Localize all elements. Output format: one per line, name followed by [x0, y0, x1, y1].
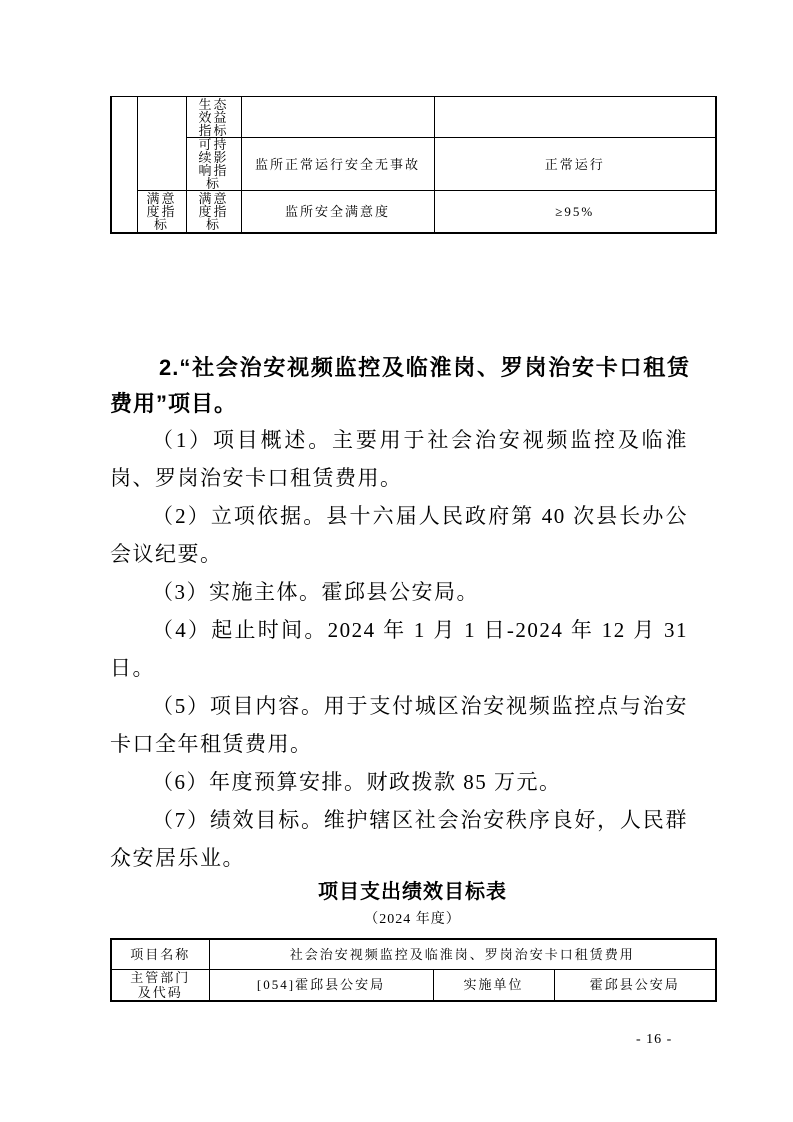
- cell-indicator-sustainability: 监所正常运行安全无事故: [241, 138, 434, 191]
- cell-category-ecological: 生态 效益 指标: [186, 97, 241, 138]
- paragraph-overview: （1）项目概述。主要用于社会治安视频监控及临淮岗、罗岗治安卡口租赁费用。: [110, 421, 688, 497]
- cell-target-sustainability: 正常运行: [434, 138, 716, 191]
- target-table-title: 项目支出绩效目标表: [110, 879, 715, 905]
- cell-indicator-satisfaction: 监所安全满意度: [241, 191, 434, 233]
- cell-target-satisfaction: ≥95%: [434, 191, 716, 233]
- section-heading: 2.“社会治安视频监控及临淮岗、罗岗治安卡口租赁费用”项目。: [110, 350, 690, 422]
- cell-impl-unit-label: 实施单位: [433, 969, 554, 1001]
- cell-category-satisfaction: 满意 度指 标: [186, 191, 241, 233]
- section-body: （1）项目概述。主要用于社会治安视频监控及临淮岗、罗岗治安卡口租赁费用。 （2）…: [110, 421, 688, 877]
- cell-project-name-label: 项目名称: [111, 939, 209, 969]
- cell-dept-label: 主管部门 及代码: [111, 969, 209, 1001]
- paragraph-basis: （2）立项依据。县十六届人民政府第 40 次县长办公会议纪要。: [110, 497, 688, 573]
- cell-group-spanner: [137, 97, 186, 191]
- project-target-table: 项目名称 社会治安视频监控及临淮岗、罗岗治安卡口租赁费用 主管部门 及代码 [0…: [110, 938, 717, 1002]
- paragraph-content: （5）项目内容。用于支付城区治安视频监控点与治安卡口全年租赁费用。: [110, 687, 688, 763]
- cell-target-ecological: [434, 97, 716, 138]
- cell-project-name-value: 社会治安视频监控及临淮岗、罗岗治安卡口租赁费用: [209, 939, 716, 969]
- cell-left-spanner: [111, 97, 137, 233]
- paragraph-implementer: （3）实施主体。霍邱县公安局。: [110, 573, 688, 611]
- target-table-year: （2024 年度）: [110, 911, 715, 929]
- paragraph-timespan: （4）起止时间。2024 年 1 月 1 日-2024 年 12 月 31 日。: [110, 611, 688, 687]
- paragraph-performance-goal: （7）绩效目标。维护辖区社会治安秩序良好，人民群众安居乐业。: [110, 801, 688, 877]
- cell-dept-value: [054]霍邱县公安局: [209, 969, 433, 1001]
- paragraph-budget: （6）年度预算安排。财政拨款 85 万元。: [110, 763, 688, 801]
- document-page: 生态 效益 指标 可持 续影 响指 标 监所正常运行安全无事故 正常运行 满意 …: [0, 0, 793, 1122]
- cell-group-satisfaction: 满意 度指 标: [137, 191, 186, 233]
- cell-category-sustainability: 可持 续影 响指 标: [186, 138, 241, 191]
- performance-indicator-table: 生态 效益 指标 可持 续影 响指 标 监所正常运行安全无事故 正常运行 满意 …: [110, 96, 717, 234]
- cell-impl-unit-value: 霍邱县公安局: [554, 969, 716, 1001]
- page-number: - 16 -: [636, 1032, 672, 1048]
- cell-indicator-ecological: [241, 97, 434, 138]
